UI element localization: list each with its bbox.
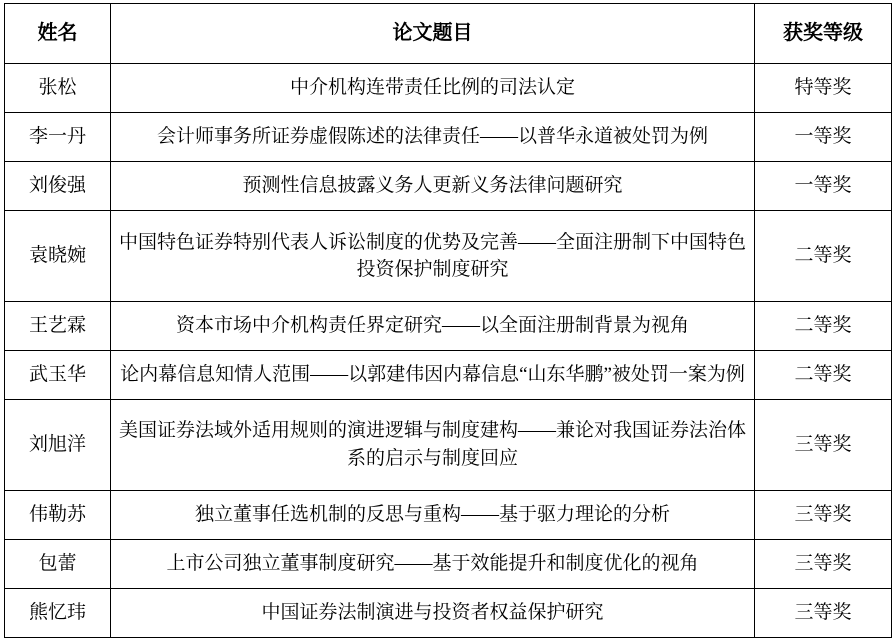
column-header-title: 论文题目 (111, 4, 755, 64)
table-row: 袁晓婉 中国特色证券特别代表人诉讼制度的优势及完善——全面注册制下中国特色投资保… (5, 211, 892, 302)
header-row: 姓名 论文题目 获奖等级 (5, 4, 892, 64)
table-row: 包蕾 上市公司独立董事制度研究——基于效能提升和制度优化的视角 三等奖 (5, 539, 892, 588)
table-row: 王艺霖 资本市场中介机构责任界定研究——以全面注册制背景为视角 二等奖 (5, 301, 892, 350)
name-cell: 武玉华 (5, 350, 111, 399)
title-cell: 美国证券法域外适用规则的演进逻辑与制度建构——兼论对我国证券法治体系的启示与制度… (111, 400, 755, 491)
name-cell: 伟勒苏 (5, 490, 111, 539)
award-cell: 三等奖 (755, 588, 892, 637)
title-cell: 中国证券法制演进与投资者权益保护研究 (111, 588, 755, 637)
table-row: 熊忆玮 中国证券法制演进与投资者权益保护研究 三等奖 (5, 588, 892, 637)
award-cell: 三等奖 (755, 539, 892, 588)
title-cell: 资本市场中介机构责任界定研究——以全面注册制背景为视角 (111, 301, 755, 350)
name-cell: 刘俊强 (5, 162, 111, 211)
table-row: 李一丹 会计师事务所证券虚假陈述的法律责任——以普华永道被处罚为例 一等奖 (5, 113, 892, 162)
award-cell: 三等奖 (755, 490, 892, 539)
title-cell: 会计师事务所证券虚假陈述的法律责任——以普华永道被处罚为例 (111, 113, 755, 162)
award-cell: 特等奖 (755, 64, 892, 113)
name-cell: 李一丹 (5, 113, 111, 162)
name-cell: 刘旭洋 (5, 400, 111, 491)
document-page: 姓名 论文题目 获奖等级 张松 中介机构连带责任比例的司法认定 特等奖 李一丹 … (4, 3, 891, 638)
table-row: 刘旭洋 美国证券法域外适用规则的演进逻辑与制度建构——兼论对我国证券法治体系的启… (5, 400, 892, 491)
name-cell: 包蕾 (5, 539, 111, 588)
title-cell: 上市公司独立董事制度研究——基于效能提升和制度优化的视角 (111, 539, 755, 588)
table-row: 伟勒苏 独立董事任选机制的反思与重构——基于驱力理论的分析 三等奖 (5, 490, 892, 539)
award-cell: 二等奖 (755, 301, 892, 350)
award-cell: 一等奖 (755, 113, 892, 162)
title-cell: 中国特色证券特别代表人诉讼制度的优势及完善——全面注册制下中国特色投资保护制度研… (111, 211, 755, 302)
title-cell: 论内幕信息知情人范围——以郭建伟因内幕信息“山东华鹏”被处罚一案为例 (111, 350, 755, 399)
table-row: 武玉华 论内幕信息知情人范围——以郭建伟因内幕信息“山东华鹏”被处罚一案为例 二… (5, 350, 892, 399)
table-row: 张松 中介机构连带责任比例的司法认定 特等奖 (5, 64, 892, 113)
title-cell: 预测性信息披露义务人更新义务法律问题研究 (111, 162, 755, 211)
column-header-name: 姓名 (5, 4, 111, 64)
name-cell: 袁晓婉 (5, 211, 111, 302)
table-row: 刘俊强 预测性信息披露义务人更新义务法律问题研究 一等奖 (5, 162, 892, 211)
name-cell: 张松 (5, 64, 111, 113)
award-cell: 二等奖 (755, 211, 892, 302)
award-cell: 二等奖 (755, 350, 892, 399)
title-cell: 中介机构连带责任比例的司法认定 (111, 64, 755, 113)
name-cell: 熊忆玮 (5, 588, 111, 637)
awards-table: 姓名 论文题目 获奖等级 张松 中介机构连带责任比例的司法认定 特等奖 李一丹 … (4, 3, 892, 638)
award-cell: 三等奖 (755, 400, 892, 491)
title-cell: 独立董事任选机制的反思与重构——基于驱力理论的分析 (111, 490, 755, 539)
name-cell: 王艺霖 (5, 301, 111, 350)
column-header-award: 获奖等级 (755, 4, 892, 64)
award-cell: 一等奖 (755, 162, 892, 211)
